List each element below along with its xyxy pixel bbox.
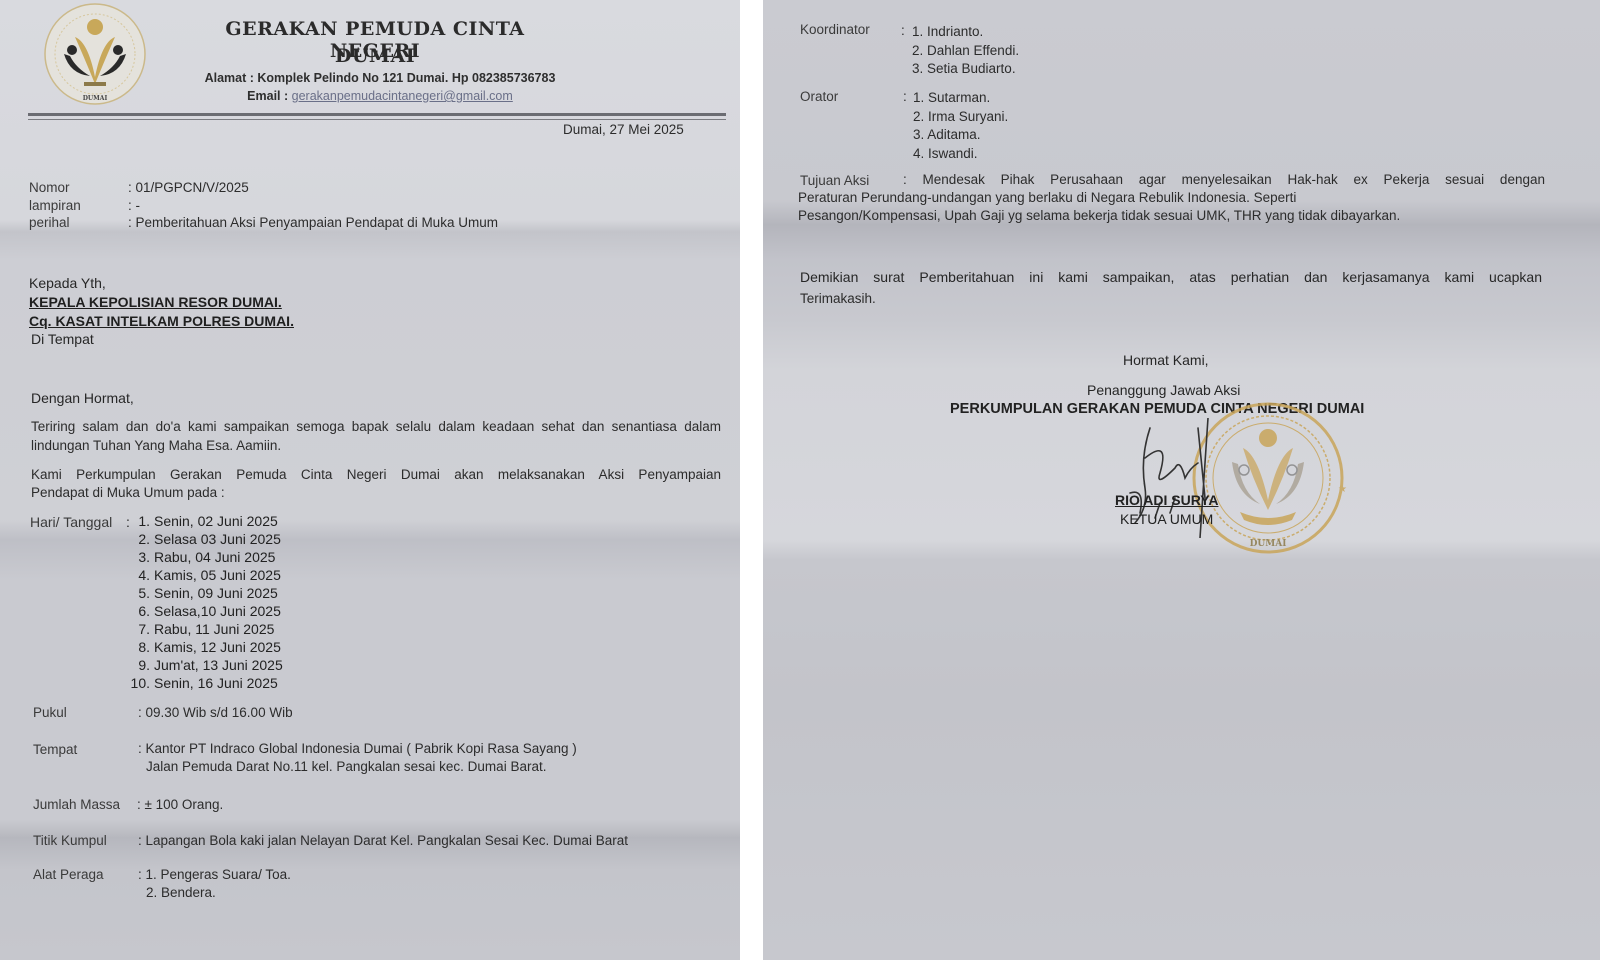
- closing-line1: Demikian surat Pemberitahuan ini kami sa…: [800, 269, 1542, 285]
- paragraph-1-line-1: Teriring salam dan do'a kami sampaikan s…: [31, 419, 721, 434]
- schedule-date-text: Kamis, 05 Juni 2025: [154, 567, 281, 583]
- recipient-line3: Di Tempat: [31, 331, 94, 347]
- meta-value-perihal: : Pemberitahuan Aksi Penyampaian Pendapa…: [128, 215, 498, 230]
- schedule-date-number: 9.: [128, 656, 150, 674]
- koordinator-list: 1. Indrianto.2. Dahlan Effendi.3. Setia …: [912, 23, 1019, 79]
- org-email-row: Email : gerakanpemudacintanegeri@gmail.c…: [180, 89, 580, 103]
- tempat-line2: Jalan Pemuda Darat No.11 kel. Pangkalan …: [146, 759, 546, 774]
- koordinator-item: 2. Dahlan Effendi.: [912, 42, 1019, 61]
- orator-item: 1. Sutarman.: [913, 89, 1008, 108]
- signoff-role: Penanggung Jawab Aksi: [1087, 382, 1240, 398]
- orator-sep: :: [903, 89, 907, 104]
- schedule-date-number: 7.: [128, 620, 150, 638]
- schedule-date-item: 8.Kamis, 12 Juni 2025: [128, 638, 283, 656]
- letterhead-divider-thin: [28, 119, 726, 120]
- schedule-date-list: 1.Senin, 02 Juni 20252.Selasa 03 Juni 20…: [128, 512, 283, 692]
- schedule-date-item: 9.Jum'at, 13 Juni 2025: [128, 656, 283, 674]
- svg-text:DUMAI: DUMAI: [83, 95, 108, 102]
- tujuan-line3: Pesangon/Kompensasi, Upah Gaji yg selama…: [798, 208, 1400, 223]
- pukul-value: : 09.30 Wib s/d 16.00 Wib: [138, 705, 293, 720]
- email-label: Email :: [247, 89, 288, 103]
- schedule-date-number: 2.: [128, 530, 150, 548]
- schedule-date-number: 6.: [128, 602, 150, 620]
- orator-item: 3. Aditama.: [913, 126, 1008, 145]
- place-date: Dumai, 27 Mei 2025: [563, 122, 684, 137]
- schedule-date-text: Senin, 02 Juni 2025: [154, 513, 278, 529]
- alat-item2: 2. Bendera.: [146, 885, 216, 900]
- schedule-label: Hari/ Tanggal: [30, 514, 112, 530]
- schedule-date-item: 2.Selasa 03 Juni 2025: [128, 530, 283, 548]
- schedule-date-number: 3.: [128, 548, 150, 566]
- regards: Hormat Kami,: [1123, 352, 1209, 368]
- schedule-date-text: Selasa,10 Juni 2025: [154, 603, 281, 619]
- recipient-line2: Cq. KASAT INTELKAM POLRES DUMAI.: [29, 313, 294, 329]
- signatory-title: KETUA UMUM: [1120, 511, 1213, 527]
- salutation: Dengan Hormat,: [31, 390, 134, 406]
- schedule-date-text: Rabu, 11 Juni 2025: [154, 621, 274, 637]
- koordinator-item: 1. Indrianto.: [912, 23, 1019, 42]
- tujuan-label: Tujuan Aksi: [800, 173, 869, 188]
- massa-label: Jumlah Massa: [33, 797, 120, 812]
- massa-value: : ± 100 Orang.: [137, 797, 223, 812]
- schedule-date-text: Kamis, 12 Juni 2025: [154, 639, 281, 655]
- svg-text:★: ★: [1338, 484, 1347, 495]
- schedule-date-item: 4.Kamis, 05 Juni 2025: [128, 566, 283, 584]
- orator-label: Orator: [800, 89, 838, 104]
- recipient-greeting: Kepada Yth,: [29, 275, 106, 291]
- alat-label: Alat Peraga: [33, 867, 104, 882]
- pukul-label: Pukul: [33, 705, 67, 720]
- orator-list: 1. Sutarman.2. Irma Suryani.3. Aditama.4…: [913, 89, 1008, 163]
- tujuan-line2: Peraturan Perundang-undangan yang berlak…: [798, 190, 1296, 205]
- closing-line2: Terimakasih.: [800, 291, 876, 306]
- schedule-date-text: Senin, 16 Juni 2025: [154, 675, 278, 691]
- schedule-date-item: 5.Senin, 09 Juni 2025: [128, 584, 283, 602]
- meta-value-lampiran: : -: [128, 198, 140, 213]
- kumpul-label: Titik Kumpul: [33, 833, 107, 848]
- schedule-date-text: Rabu, 04 Juni 2025: [154, 549, 275, 565]
- koordinator-sep: :: [901, 23, 905, 38]
- tujuan-line1: : Mendesak Pihak Perusahaan agar menyele…: [903, 172, 1545, 187]
- koordinator-label: Koordinator: [800, 22, 870, 37]
- schedule-date-item: 3.Rabu, 04 Juni 2025: [128, 548, 283, 566]
- orator-item: 2. Irma Suryani.: [913, 108, 1008, 127]
- schedule-date-item: 1.Senin, 02 Juni 2025: [128, 512, 283, 530]
- meta-label-nomor: Nomor: [29, 180, 70, 195]
- schedule-date-text: Senin, 09 Juni 2025: [154, 585, 278, 601]
- svg-text:DUMAI: DUMAI: [1250, 539, 1287, 549]
- meta-label-lampiran: lampiran: [29, 198, 81, 213]
- schedule-date-number: 10.: [128, 674, 150, 692]
- koordinator-item: 3. Setia Budiarto.: [912, 60, 1019, 79]
- kumpul-value: : Lapangan Bola kaki jalan Nelayan Darat…: [138, 833, 628, 848]
- paragraph-2-line-1: Kami Perkumpulan Gerakan Pemuda Cinta Ne…: [31, 467, 721, 482]
- schedule-date-number: 4.: [128, 566, 150, 584]
- letterhead-divider-thick: [28, 113, 726, 116]
- letter-page-1: DUMAI GERAKAN PEMUDA CINTA NEGERI DUMAI …: [0, 0, 740, 960]
- org-address: Alamat : Komplek Pelindo No 121 Dumai. H…: [180, 71, 580, 85]
- email-link[interactable]: gerakanpemudacintanegeri@gmail.com: [292, 89, 513, 103]
- orator-item: 4. Iswandi.: [913, 145, 1008, 164]
- tempat-label: Tempat: [33, 742, 77, 757]
- signatory-name: RIO ADI SURYA: [1115, 492, 1218, 508]
- schedule-date-text: Selasa 03 Juni 2025: [154, 531, 281, 547]
- paragraph-2-line-2: Pendapat di Muka Umum pada :: [31, 485, 225, 500]
- schedule-date-item: 10.Senin, 16 Juni 2025: [128, 674, 283, 692]
- schedule-date-number: 8.: [128, 638, 150, 656]
- tempat-line1: : Kantor PT Indraco Global Indonesia Dum…: [138, 741, 577, 756]
- alat-item1: : 1. Pengeras Suara/ Toa.: [138, 867, 291, 882]
- meta-label-perihal: perihal: [29, 215, 70, 230]
- paragraph-1-line-2: lindungan Tuhan Yang Maha Esa. Aamiin.: [31, 438, 281, 453]
- org-name-line2: DUMAI: [180, 45, 570, 67]
- organization-logo-icon: DUMAI: [40, 2, 150, 107]
- meta-value-nomor: : 01/PGPCN/V/2025: [128, 180, 249, 195]
- schedule-date-text: Jum'at, 13 Juni 2025: [154, 657, 283, 673]
- schedule-date-number: 5.: [128, 584, 150, 602]
- schedule-date-item: 6.Selasa,10 Juni 2025: [128, 602, 283, 620]
- schedule-date-item: 7.Rabu, 11 Juni 2025: [128, 620, 283, 638]
- schedule-date-number: 1.: [128, 512, 150, 530]
- recipient-line1: KEPALA KEPOLISIAN RESOR DUMAI.: [29, 294, 282, 310]
